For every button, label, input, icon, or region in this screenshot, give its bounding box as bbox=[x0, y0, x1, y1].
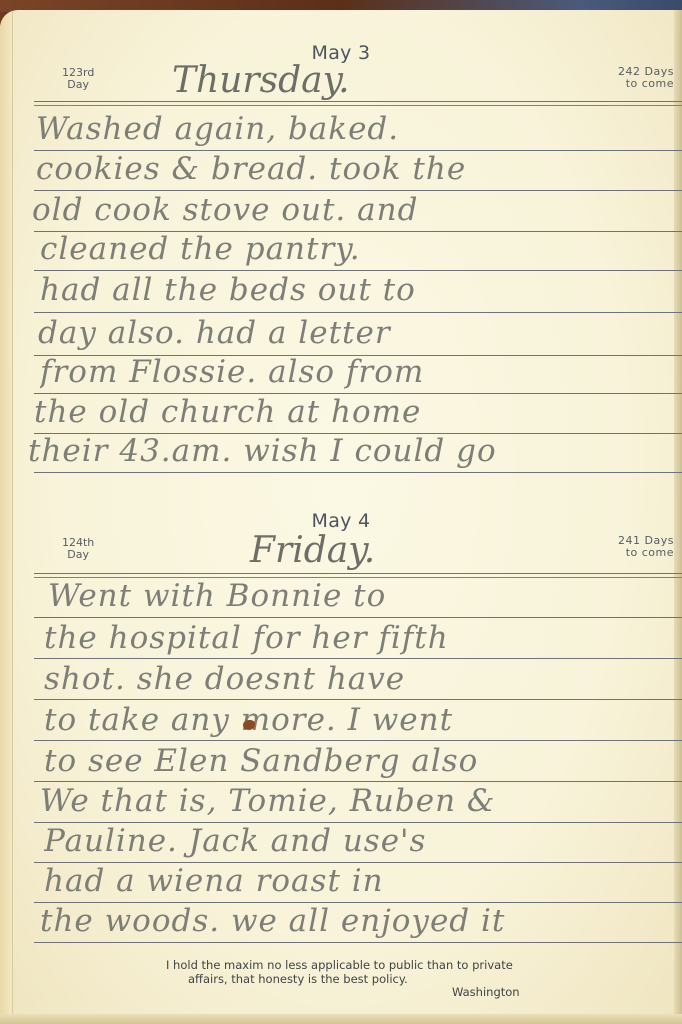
ruled-line bbox=[34, 617, 682, 618]
handwritten-line: the hospital for her fifth bbox=[44, 620, 682, 656]
quote-line-2: affairs, that honesty is the best policy… bbox=[166, 972, 606, 986]
handwritten-line: shot. she doesnt have bbox=[44, 661, 682, 697]
ruled-line bbox=[34, 740, 682, 741]
page-bottom-edge bbox=[0, 1014, 682, 1024]
handwritten-line: to see Elen Sandberg also bbox=[44, 743, 682, 779]
diary-page: May 3 123rd Day 242 Days to come Thursda… bbox=[0, 10, 682, 1024]
ruled-line bbox=[34, 658, 682, 659]
handwritten-line: the old church at home bbox=[34, 394, 682, 430]
ruled-line bbox=[34, 781, 682, 782]
handwritten-line: day also. had a letter bbox=[38, 315, 682, 351]
handwritten-line: had a wiena roast in bbox=[44, 863, 682, 899]
handwritten-line: Washed again, baked. bbox=[36, 111, 682, 147]
handwritten-line: Pauline. Jack and use's bbox=[44, 823, 682, 859]
header-rule bbox=[34, 105, 682, 106]
weekday-handwritten: Thursday. bbox=[172, 60, 350, 101]
days-remaining: 242 Days to come bbox=[618, 66, 674, 90]
quote-author: Washington bbox=[452, 985, 520, 999]
handwritten-line: to take any more. I went bbox=[44, 702, 682, 738]
days-left-label: to come bbox=[626, 77, 674, 90]
handwritten-line: from Flossie. also from bbox=[40, 354, 682, 390]
day-label: Day bbox=[67, 548, 89, 561]
handwritten-line: the woods. we all enjoyed it bbox=[40, 903, 682, 939]
ruled-line bbox=[34, 270, 682, 271]
handwritten-line: cookies & bread. took the bbox=[36, 151, 682, 187]
days-left-label: to come bbox=[626, 546, 674, 559]
entry-date: May 4 bbox=[0, 510, 682, 532]
day-of-year: 123rd Day bbox=[62, 67, 94, 91]
days-remaining: 241 Days to come bbox=[618, 535, 674, 559]
footer-quote: I hold the maxim no less applicable to p… bbox=[166, 958, 606, 986]
header-rule bbox=[34, 101, 682, 102]
quote-line-1: I hold the maxim no less applicable to p… bbox=[166, 958, 606, 972]
weekday-handwritten: Friday. bbox=[250, 530, 375, 571]
ruled-line bbox=[34, 312, 682, 313]
ruled-line bbox=[34, 190, 682, 191]
handwritten-line: had all the beds out to bbox=[40, 272, 682, 308]
handwritten-line: cleaned the pantry. bbox=[40, 231, 682, 267]
ruled-line bbox=[34, 472, 682, 473]
day-of-year: 124th Day bbox=[62, 537, 94, 561]
ruled-line bbox=[34, 699, 682, 700]
ruled-line bbox=[34, 942, 682, 943]
handwritten-line: their 43.am. wish I could go bbox=[28, 433, 682, 469]
day-label: Day bbox=[67, 78, 89, 91]
handwritten-line: old cook stove out. and bbox=[32, 192, 682, 228]
handwritten-line: Went with Bonnie to bbox=[48, 578, 682, 614]
handwritten-line: We that is, Tomie, Ruben & bbox=[40, 783, 682, 819]
header-rule bbox=[34, 573, 682, 574]
